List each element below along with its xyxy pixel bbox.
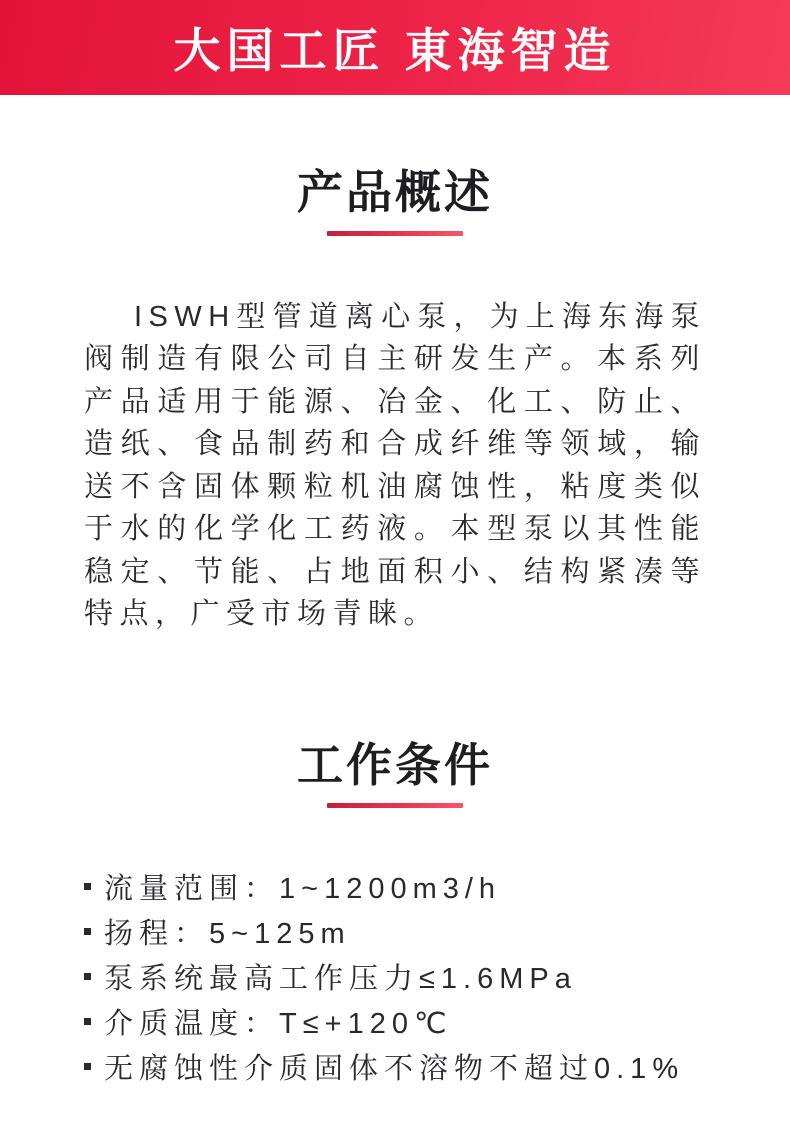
conditions-list: 流量范围：1~1200m3/h 扬程：5~125m 泵系统最高工作压力≤1.6M… xyxy=(84,864,710,1089)
top-banner: 大国工匠 東海智造 xyxy=(0,0,790,95)
bullet-dot-icon xyxy=(84,1018,91,1025)
condition-item-head: 扬程：5~125m xyxy=(84,909,710,954)
condition-item-medium-temperature: 介质温度：T≤+120℃ xyxy=(84,999,710,1044)
condition-item-label: 介质温度：T≤+120℃ xyxy=(104,1001,453,1042)
overview-heading-underline xyxy=(327,231,463,236)
condition-item-insoluble-solids: 无腐蚀性介质固体不溶物不超过0.1% xyxy=(84,1044,710,1089)
condition-item-label: 扬程：5~125m xyxy=(104,911,351,952)
condition-item-label: 无腐蚀性介质固体不溶物不超过0.1% xyxy=(104,1046,684,1087)
bullet-dot-icon xyxy=(84,928,91,935)
product-detail-page: 大国工匠 東海智造 产品概述 ISWH型管道离心泵，为上海东海泵阀制造有限公司自… xyxy=(0,0,790,1136)
condition-item-label: 流量范围：1~1200m3/h xyxy=(104,866,501,907)
conditions-heading-underline xyxy=(327,803,463,808)
bullet-dot-icon xyxy=(84,1063,91,1070)
condition-item-label: 泵系统最高工作压力≤1.6MPa xyxy=(104,956,577,997)
condition-item-max-pressure: 泵系统最高工作压力≤1.6MPa xyxy=(84,954,710,999)
overview-paragraph: ISWH型管道离心泵，为上海东海泵阀制造有限公司自主研发生产。本系列产品适用于能… xyxy=(84,296,706,636)
overview-section-heading: 产品概述 xyxy=(0,167,790,218)
banner-title: 大国工匠 東海智造 xyxy=(173,14,616,81)
bullet-dot-icon xyxy=(84,973,91,980)
bullet-dot-icon xyxy=(84,883,91,890)
condition-item-flow-range: 流量范围：1~1200m3/h xyxy=(84,864,710,909)
conditions-section-heading: 工作条件 xyxy=(0,740,790,791)
